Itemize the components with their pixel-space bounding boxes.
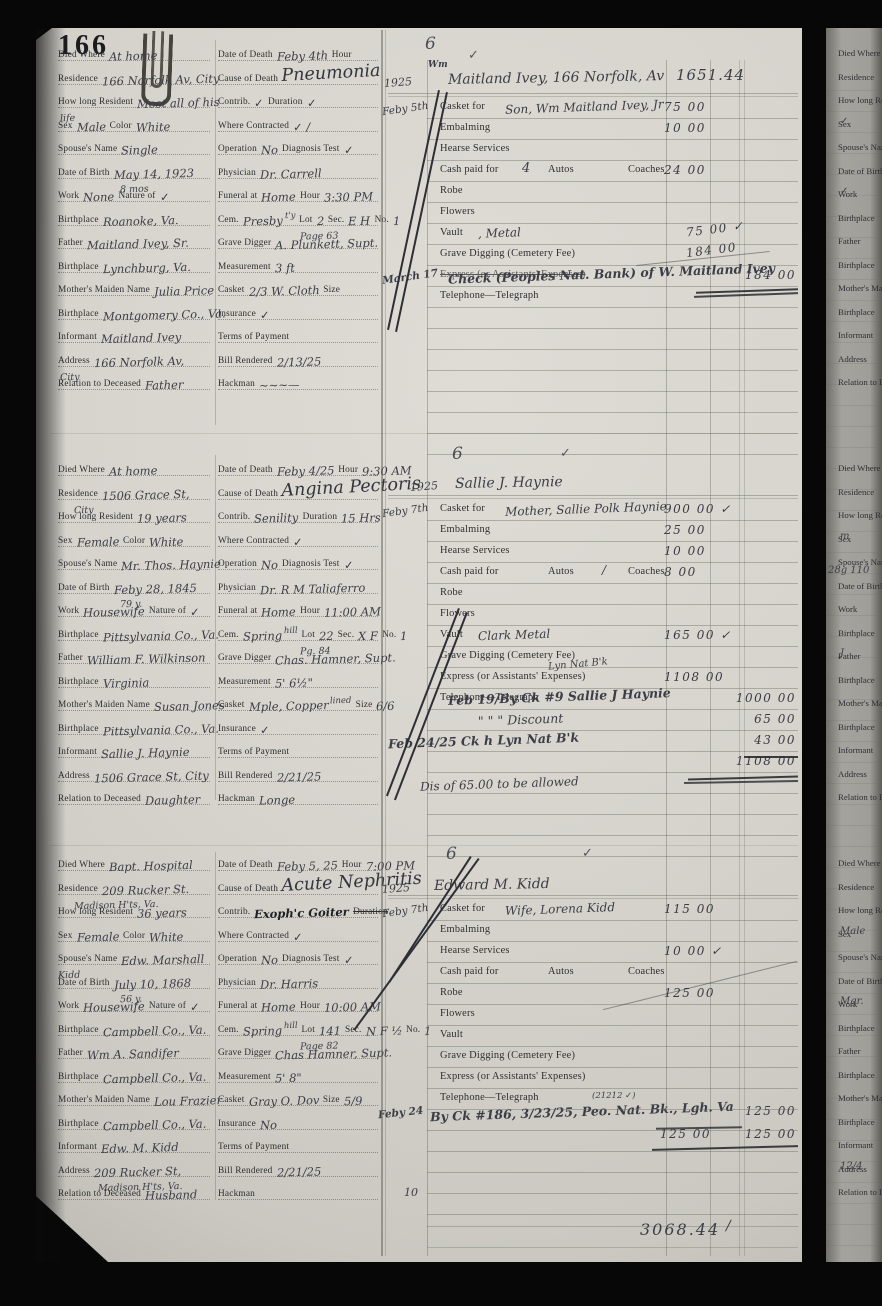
next-page-field-label: Mother's Ma (838, 283, 882, 293)
amount: 115 00 (664, 902, 715, 916)
ledger-page: 166 Died WhereAt homeResidence166 Norfol… (36, 28, 802, 1262)
field-label: Hour (332, 50, 352, 60)
next-page-field-label: Spouse's Nar (838, 142, 882, 152)
ledger-line (826, 132, 882, 133)
ledger-line (427, 349, 798, 350)
field-label: Hour (342, 860, 362, 870)
field-label: How long Resident (58, 97, 133, 107)
ledger-line (826, 111, 882, 112)
ledger-line (826, 321, 882, 322)
field-label: Date of Death (218, 860, 273, 870)
ledger-line (427, 667, 798, 668)
ledger-line (826, 993, 882, 994)
field-value: Feby 28, 1845 (113, 580, 196, 596)
ledger-line (427, 541, 798, 542)
field-row: Died WhereBapt. Hospital (58, 854, 210, 871)
billing-date: Feby 5th (381, 100, 429, 118)
field-value: William F. Wilkinson (87, 650, 206, 667)
ledger-line (826, 405, 882, 406)
ledger-line (826, 846, 882, 847)
ledger-line (427, 814, 798, 815)
field-value: Home (261, 1000, 296, 1015)
field-row: WorkNoneNature of✓ (58, 185, 210, 202)
field-value: Daughter (145, 792, 201, 807)
field-value: Edw. Marshall (121, 952, 205, 968)
field-row: Funeral atHomeHour10:00 AM (218, 995, 378, 1012)
field-label: Physician (218, 168, 256, 178)
field-label: Where Contracted (218, 121, 289, 131)
next-page-handwriting: 28g 110 (828, 565, 869, 576)
billing-item-tick: / (602, 563, 606, 577)
ledger-line (427, 983, 798, 984)
field-label: Father (58, 653, 83, 663)
ledger-line (388, 93, 798, 94)
field-value: Dr. Harris (260, 976, 319, 992)
field-value: Female (76, 929, 119, 944)
ledger-line (826, 279, 882, 280)
field-label: Insurance (218, 724, 256, 734)
ledger-line (427, 139, 798, 140)
field-label: Cause of Death (218, 884, 278, 894)
ledger-line (826, 825, 882, 826)
amount: 10 00 ✓ (664, 944, 723, 958)
field-label: Birthplace (58, 215, 99, 225)
billing-item-handwriting: Son, Wm Maitland Ivey, Jr (505, 97, 664, 117)
billing-item-label: Express (or Assistants' Expenses) (440, 1071, 586, 1082)
next-page-field-label: Relation to D (838, 1187, 882, 1197)
field-value: No (261, 143, 278, 157)
field-value: At home (109, 463, 158, 478)
billing-header-name-prefix: Wm (428, 60, 448, 70)
field-label: Terms of Payment (218, 1142, 289, 1152)
field-row: Date of DeathFeby 5, 25Hour7:00 PM (218, 854, 378, 871)
ledger-line (427, 1046, 798, 1047)
field-label: Work (58, 606, 79, 616)
field-value: Montgomery Co., Va. (103, 306, 226, 323)
field-label: Hour (300, 1001, 320, 1011)
field-row: SexFemaleColorWhite (58, 925, 210, 942)
field-value: Longe (259, 793, 295, 808)
field-row: SexMaleColorWhite (58, 115, 210, 132)
field-label: Mother's Maiden Name (58, 1095, 150, 1105)
field-label: Nature of (149, 606, 186, 616)
field-row: CasketGray O. DovSize5/9 (218, 1089, 378, 1106)
field-row: WorkHousewifeNature of✓ (58, 600, 210, 617)
billing-item-label: Hearse Services (440, 143, 510, 154)
field-row: Spouse's NameSingle (58, 138, 210, 155)
field-value: Dr. R M Taliaferro (260, 580, 366, 597)
field-value: 22 (319, 628, 334, 642)
field-row: Spouse's NameEdw. Marshall (58, 948, 210, 965)
next-page-field-label: Residence (838, 487, 874, 497)
field-label: Grave Digger (218, 238, 271, 248)
field-row: Cause of DeathAngina Pectoris (218, 483, 378, 500)
field-value: Gray O. Dov (248, 1093, 319, 1109)
field-label: Diagnosis Test (282, 954, 340, 964)
field-value: Campbell Co., Va. (103, 1022, 207, 1039)
field-row: BirthplaceRoanoke, Va. (58, 209, 210, 226)
field-label: Contrib. (218, 512, 250, 522)
billing-year: 1925 (410, 479, 439, 494)
field-row: How long Resident19 years (58, 506, 210, 523)
ledger-line (427, 1226, 798, 1227)
field-row: Date of BirthFeby 28, 1845 (58, 577, 210, 594)
field-row: OperationNoDiagnosis Test✓ (218, 138, 378, 155)
field-label: Size (323, 1095, 340, 1105)
billing-item-handwriting: Clark Metal (478, 627, 551, 644)
field-value: N F ½ (365, 1023, 402, 1038)
field-label: How long Resident (58, 512, 133, 522)
field-label: Birthplace (58, 630, 99, 640)
field-label: Diagnosis Test (282, 559, 340, 569)
billing-extra-sup: (21212 ✓) (592, 1091, 636, 1101)
field-label: Operation (218, 144, 257, 154)
ledger-line (826, 342, 882, 343)
field-value: 1 (393, 213, 401, 227)
ledger-line (427, 583, 798, 584)
field-value: A. Plunkett, Supt. (275, 236, 378, 253)
amount: 1108 00 (664, 670, 724, 684)
billing-item-label: Casket for (440, 903, 485, 914)
field-label: Sec. (328, 215, 345, 225)
ledger-line (826, 1035, 882, 1036)
next-page-field-label: Informant (838, 330, 873, 340)
field-label: Work (58, 1001, 79, 1011)
next-page-field-label: Father (838, 236, 860, 246)
vertical-rule (739, 60, 740, 1256)
field-label: Sex (58, 121, 73, 131)
field-row: FatherWilliam F. Wilkinson (58, 647, 210, 664)
field-label: Spouse's Name (58, 144, 117, 154)
ledger-line (427, 793, 798, 794)
field-value: ✓ (254, 96, 264, 110)
field-value: 5/9 (344, 1094, 363, 1108)
ledger-line (427, 1151, 798, 1152)
field-label: Color (123, 536, 145, 546)
ledger-line (388, 495, 798, 496)
billing-item-label: Casket for (440, 101, 485, 112)
billing-item-label: Casket for (440, 503, 485, 514)
ledger-line (826, 531, 882, 532)
field-value: No (261, 558, 278, 572)
field-value: Campbell Co., Va. (103, 1069, 207, 1086)
field-value: ✓ (306, 96, 316, 110)
billing-item-handwriting: Wife, Lorena Kidd (505, 900, 615, 918)
field-value: Father (145, 377, 184, 392)
ledger-line (427, 223, 798, 224)
field-value: ✓ (260, 722, 270, 736)
ink-line (652, 1145, 798, 1151)
field-value: Wm A. Sandifer (87, 1046, 179, 1062)
field-row: InformantEdw. M. Kidd (58, 1136, 210, 1153)
next-page-field-label: Died Where (838, 48, 881, 58)
next-page-handwriting: Male (840, 926, 865, 937)
field-row: BirthplaceCampbell Co., Va. (58, 1019, 210, 1036)
vertical-rule (744, 60, 745, 1256)
field-value: ~~~— (259, 377, 300, 392)
field-row: Grave DiggerChas Hamner, Supt. (218, 1042, 378, 1059)
field-label: Size (356, 700, 373, 710)
field-value: Mr. Thos. Haynie (121, 557, 221, 574)
field-value-sup: hill (284, 1020, 298, 1030)
billing-item-label: Grave Digging (Cemetery Fee) (440, 650, 575, 661)
field-label: Insurance (218, 309, 256, 319)
amount: 8 00 (664, 565, 697, 579)
field-label: Hackman (218, 379, 255, 389)
field-label: Bill Rendered (218, 1166, 273, 1176)
field-label: Hour (338, 465, 358, 475)
field-value: ✓ (293, 929, 303, 943)
next-page-field-label: Mother's Ma (838, 698, 882, 708)
amount-running: 75 00 ✓ (685, 218, 745, 239)
next-page-handwriting: ✓ (840, 116, 848, 127)
field-value: ✓ (343, 558, 353, 572)
field-row: Died WhereAt home (58, 459, 210, 476)
field-row: Address166 Norfolk Av, (58, 350, 210, 367)
field-label: Cause of Death (218, 74, 278, 84)
field-value: 3 ft (275, 260, 295, 275)
next-page-field-label: Date of Birth (838, 166, 882, 176)
next-page-field-label: Address (838, 354, 867, 364)
field-row: Where Contracted✓ ∕ (218, 115, 378, 132)
field-row: Contrib.SenilityDuration15 Hrs (218, 506, 378, 523)
ledger-line (826, 741, 882, 742)
field-value: 11:00 AM (324, 604, 381, 619)
field-label: Address (58, 356, 90, 366)
billing-item-label: Express (or Assistants' Expenses) (440, 671, 586, 682)
ledger-line (427, 328, 798, 329)
ledger-line (427, 856, 798, 857)
field-value-sup: lined (330, 696, 352, 707)
billing-item-sublabel: Coaches (628, 566, 665, 577)
billing-header-name: Sallie J. Haynie (455, 474, 563, 492)
field-row: Mother's Maiden NameSusan Jones (58, 694, 210, 711)
field-row: PhysicianDr. R M Taliaferro (218, 577, 378, 594)
field-label: Nature of (149, 1001, 186, 1011)
field-label: Cem. (218, 215, 239, 225)
ledger-line (50, 845, 798, 846)
amount-paid: 125 00 (700, 1127, 796, 1141)
next-page-handwriting: J (840, 648, 844, 659)
field-label: Bill Rendered (218, 771, 273, 781)
field-row: Relation to DeceasedFather (58, 373, 210, 390)
billing-item-sublabel: Autos (548, 164, 574, 175)
field-label: Spouse's Name (58, 954, 117, 964)
field-row: Address1506 Grace St, City (58, 765, 210, 782)
ledger-line (427, 1109, 798, 1110)
ledger-line (427, 562, 798, 563)
next-page-field-label: How long Re (838, 510, 882, 520)
field-value: Chas Hamner, Supt. (275, 1045, 392, 1062)
field-value: Spring (243, 628, 283, 643)
ledger-line (427, 1130, 798, 1131)
field-value: Home (261, 190, 296, 205)
field-label: Relation to Deceased (58, 379, 141, 389)
field-row: OperationNoDiagnosis Test✓ (218, 553, 378, 570)
field-row: Insurance✓ (218, 718, 378, 735)
field-value: Feby 5, 25 (277, 858, 338, 874)
field-label: Address (58, 771, 90, 781)
ledger-line (826, 447, 882, 448)
field-row: InformantSallie J. Haynie (58, 741, 210, 758)
field-row: Contrib.✓Duration✓ (218, 91, 378, 108)
field-label: Funeral at (218, 1001, 257, 1011)
billing-item-label: Grave Digging (Cemetery Fee) (440, 248, 575, 259)
field-row: Where Contracted✓ (218, 530, 378, 547)
next-page-field-label: Died Where (838, 858, 881, 868)
field-label: Sex (58, 931, 73, 941)
field-value: 141 (319, 1023, 341, 1038)
field-label: Date of Birth (58, 583, 110, 593)
vertical-rule (381, 30, 383, 1256)
ledger-line (427, 391, 798, 392)
amount: 900 00 ✓ (664, 502, 732, 516)
ledger-line (427, 520, 798, 521)
field-value: Sallie J. Haynie (101, 745, 190, 761)
vertical-rule (385, 30, 386, 1256)
field-value: Feby 4/25 (277, 463, 335, 479)
ledger-line (427, 286, 798, 287)
billing-item-handwriting: , Metal (478, 225, 521, 240)
billing-item-label: Telephone—Telegraph (440, 290, 539, 301)
field-row: Hackman~~~— (218, 373, 378, 390)
next-page-field-label: Relation to D (838, 377, 882, 387)
field-label: Contrib. (218, 97, 250, 107)
field-row: Relation to DeceasedDaughter (58, 788, 210, 805)
ledger-line (388, 96, 798, 97)
ledger-photo: 166 Died WhereAt homeResidence166 Norfol… (0, 0, 882, 1306)
field-value: Housewife (83, 604, 145, 620)
field-row: Funeral atHomeHour3:30 PM (218, 185, 378, 202)
field-value: White (149, 534, 184, 549)
field-row: How long ResidentMost all of his (58, 91, 210, 108)
field-value: Roanoke, Va. (103, 213, 179, 229)
next-page-field-label: Died Where (838, 463, 881, 473)
field-value: ✓ (190, 605, 200, 619)
vertical-rule (666, 60, 667, 1256)
field-label: Funeral at (218, 191, 257, 201)
field-label: Diagnosis Test (282, 144, 340, 154)
field-label: Duration (268, 97, 303, 107)
field-label: Residence (58, 884, 98, 894)
billing-date: March 17 (381, 267, 438, 287)
field-row: Insurance✓ (218, 303, 378, 320)
field-value: At home (109, 48, 158, 63)
field-row: InsuranceNo (218, 1113, 378, 1130)
ledger-line (826, 783, 882, 784)
vertical-rule (427, 60, 428, 1256)
next-page-field-label: Birthplace (838, 722, 875, 732)
field-label: Hour (300, 606, 320, 616)
field-value: 1 (400, 628, 408, 642)
field-label: Relation to Deceased (58, 1189, 141, 1199)
field-value: Virginia (103, 675, 150, 690)
tally-mark: 6 (425, 34, 436, 54)
field-value: 2/13/25 (276, 354, 321, 369)
ledger-line (427, 1088, 798, 1089)
field-label: Lot (302, 630, 316, 640)
field-row: Cem.SpringhillLot22Sec.X FNo.1 (218, 624, 378, 641)
billing-item-handwriting: Mother, Sallie Polk Haynie (505, 499, 667, 519)
next-page-field-label: Birthplace (838, 1117, 875, 1127)
field-value: Spring (243, 1023, 283, 1038)
billing-item-label: Cash paid for (440, 164, 499, 175)
field-row: Residence166 Norfolk Av, City (58, 68, 210, 85)
field-row: Funeral atHomeHour11:00 AM (218, 600, 378, 617)
ledger-line (427, 688, 798, 689)
field-row: HackmanLonge (218, 788, 378, 805)
field-value: ✓ (159, 190, 169, 204)
field-row: Terms of Payment (218, 741, 378, 758)
field-value: Campbell Co., Va. (103, 1116, 207, 1133)
billing-item-label: Hearse Services (440, 945, 510, 956)
billing-year: 1925 (384, 75, 413, 90)
field-label: Date of Birth (58, 978, 110, 988)
billing-item-label: Robe (440, 185, 463, 196)
ledger-line (427, 920, 798, 921)
field-row: BirthplaceCampbell Co., Va. (58, 1113, 210, 1130)
billing-item-label: Telephone—Telegraph (440, 1092, 539, 1103)
amount-paid: 43 00 (700, 733, 796, 747)
field-label: Birthplace (58, 1072, 99, 1082)
next-page-field-label: Birthplace (838, 1070, 875, 1080)
field-value: No (261, 953, 278, 967)
billing-item-label: Vault (440, 1029, 463, 1040)
billing-item-label: Embalming (440, 924, 490, 935)
field-value: Presby (243, 213, 283, 228)
field-row: CasketMple, CopperlinedSize6/6 (218, 694, 378, 711)
field-label: Lot (299, 215, 313, 225)
field-label: Father (58, 1048, 83, 1058)
field-value: Edw. M. Kidd (101, 1140, 179, 1156)
ledger-line (427, 1067, 798, 1068)
field-row: Date of BirthMay 14, 1923 (58, 162, 210, 179)
field-label: Operation (218, 559, 257, 569)
next-page-field-label: Residence (838, 882, 874, 892)
next-page-field-label: Date of Birth (838, 581, 882, 591)
ledger-line (427, 1247, 798, 1248)
field-row: Date of DeathFeby 4thHour (218, 44, 378, 61)
amount: 25 00 (664, 523, 706, 537)
ledger-line (50, 433, 798, 434)
billing-item-label: Flowers (440, 206, 475, 217)
ledger-line (826, 1203, 882, 1204)
field-value: ✓ (343, 953, 353, 967)
field-value: 166 Norfolk Av, City (102, 71, 220, 88)
field-row: BirthplaceVirginia (58, 671, 210, 688)
field-row: Grave DiggerChas. Hamner, Supt. (218, 647, 378, 664)
next-page-handwriting: ✓ (840, 186, 848, 197)
ledger-line (427, 646, 798, 647)
field-label: Measurement (218, 262, 271, 272)
billing-item-count: 4 (522, 161, 530, 176)
field-label: Color (110, 121, 132, 131)
field-label: Casket (218, 700, 245, 710)
ledger-line (826, 300, 882, 301)
billing-item-label: Embalming (440, 122, 490, 133)
ledger-line (427, 160, 798, 161)
field-row: Address209 Rucker St, (58, 1160, 210, 1177)
field-value: Lou Frazier (154, 1093, 222, 1109)
ledger-line (826, 153, 882, 154)
ledger-line (427, 202, 798, 203)
field-label: Lot (302, 1025, 316, 1035)
billing-item-label: Robe (440, 987, 463, 998)
check-mark: ✓ (560, 446, 571, 461)
field-label: Measurement (218, 677, 271, 687)
next-page-field-label: Birthplace (838, 1023, 875, 1033)
billing-item-label: Flowers (440, 1008, 475, 1019)
